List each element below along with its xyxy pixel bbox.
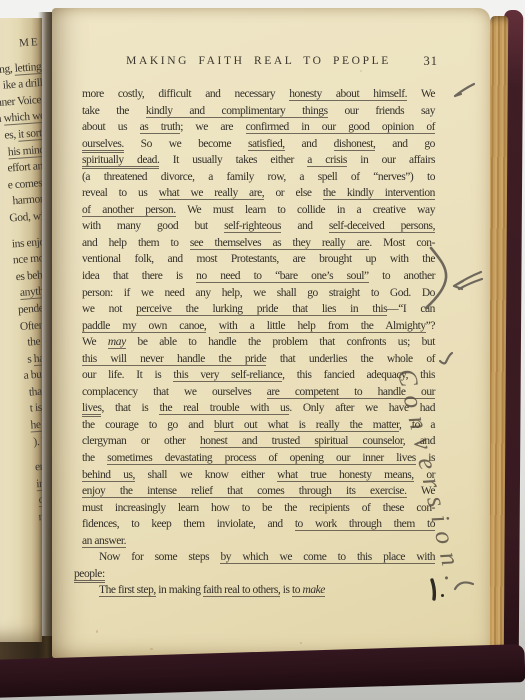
pencil-underlined-text: self-righteous	[224, 220, 281, 233]
pencil-underlined-text: satisfied,	[248, 138, 285, 151]
foxing-speck	[300, 642, 302, 644]
pencil-double-arrow-icon	[450, 266, 484, 296]
text-run: ventional folk, and most Protestants, ar…	[82, 253, 435, 265]
text-line: fidences, to keep them inviolate, and to…	[82, 516, 435, 533]
text-line: and help them to see themselves as they …	[82, 235, 435, 252]
facing-page-header-fragment: ME	[0, 34, 40, 59]
text-line: ventional folk, and most Protestants, ar…	[82, 251, 435, 268]
foxing-speck	[96, 630, 98, 633]
text-run: (a threatened divorce, a family row, a s…	[82, 171, 435, 183]
pencil-underlined-text: behind us,	[82, 469, 135, 482]
text-run: complacency that we ourselves	[82, 386, 267, 398]
text-run: more costly, difficult and necessary	[82, 88, 289, 100]
text-run: shall we know either	[135, 469, 277, 481]
pencil-underlined-text: faith real to others,	[203, 584, 280, 597]
text-run: We	[407, 88, 435, 100]
pencil-underlined-text: which we	[3, 110, 42, 126]
pencil-underlined-text: with a little help from the Almighty	[219, 320, 426, 333]
pencil-insert-stroke-icon	[426, 578, 440, 602]
pencil-tick-icon	[452, 577, 476, 595]
text-run: is	[280, 584, 292, 596]
page-number: 31	[424, 54, 439, 69]
pencil-underlined-text: paddle my own canoe,	[82, 320, 206, 333]
text-run: We must learn to collide in a creative w…	[176, 204, 435, 216]
text-run: and	[285, 138, 334, 150]
text-line: reveal to us what we really are, or else…	[82, 185, 435, 202]
pencil-underlined-text: enjoy the intense relief that comes thro…	[82, 485, 407, 498]
text-run: ong,	[0, 62, 15, 75]
text-run: clergyman or other	[82, 435, 200, 447]
pencil-underlined-text: confirmed in our good opinion of	[246, 121, 435, 134]
text-run: idea that there is	[82, 270, 196, 282]
text-run: So we become	[124, 138, 248, 150]
pencil-underlined-text: as truth	[140, 121, 181, 134]
text-run: we not	[82, 303, 136, 315]
text-run: ”?	[426, 320, 435, 332]
text-line: ourselves. So we become satisfied, and d…	[82, 136, 435, 153]
text-run: reveal to us	[82, 187, 159, 199]
pencil-underlined-text: an answer.	[82, 535, 126, 548]
pencil-underlined-text: no need to “bare one’s soul”	[196, 270, 369, 283]
text-line: our life. It is this very self-reliance,…	[82, 367, 435, 384]
main-page: MAKING FAITH REAL TO PEOPLE 31 more cost…	[52, 8, 490, 658]
text-run: , that is	[101, 402, 159, 414]
pencil-underlined-text: this will never handle the pride	[82, 353, 266, 366]
running-head: MAKING FAITH REAL TO PEOPLE	[82, 55, 435, 67]
pencil-underlined-text: people:	[74, 568, 105, 583]
facing-page-fragment: ME ong, lettingike a drillnner Voice,a w…	[0, 18, 42, 642]
text-line: complacency that we ourselves are compet…	[82, 384, 435, 401]
text-line: about us as truth; we are confirmed in o…	[82, 119, 435, 136]
text-line: we not perceive the lurking pride that l…	[82, 301, 435, 318]
text-run: the courage to go and	[82, 419, 214, 431]
pencil-underlined-text: blurt out what is really the matter	[214, 419, 399, 432]
facing-page-text-fragment: ). When	[0, 432, 42, 457]
text-line: behind us, shall we know either what tru…	[82, 467, 435, 484]
text-run: We	[82, 336, 108, 348]
pencil-underlined-text: ourselves.	[82, 138, 124, 153]
pencil-underlined-text: to work through them to	[295, 518, 435, 531]
pencil-underlined-text: the kindly intervention	[323, 187, 435, 200]
pencil-underlined-text: what we really are,	[159, 187, 265, 200]
text-run: about us	[82, 121, 140, 133]
pencil-underlined-text: perceive the lurking pride that lies in …	[136, 303, 387, 316]
text-run: that underlies the whole of	[266, 353, 435, 365]
text-run: must increasingly learn how to be the re…	[82, 502, 435, 514]
text-run: es,	[4, 129, 19, 142]
text-run: in our affairs	[347, 154, 435, 166]
text-line: idea that there is no need to “bare one’…	[82, 268, 435, 285]
text-run: the	[82, 452, 107, 464]
pencil-underlined-text: this very self-reliance	[173, 369, 282, 382]
text-run: ike a drill	[2, 77, 42, 92]
foxing-speck	[360, 70, 362, 72]
text-line: with many good but self-righteous and se…	[82, 218, 435, 235]
text-line: lives, that is the real trouble with us.…	[82, 400, 435, 417]
text-run: our life. It is	[82, 369, 173, 381]
facing-page-text-fragment: God, with	[0, 208, 42, 233]
text-run: or else	[264, 187, 323, 199]
pencil-underlined-text: what true honesty means,	[277, 469, 414, 482]
pencil-underlined-text: may	[108, 336, 126, 349]
pencil-underlined-text: honesty about himself.	[289, 88, 407, 101]
pencil-underlined-text: honest and trusted spiritual counselor	[200, 435, 403, 448]
text-line: We may be able to handle the problem tha…	[82, 334, 435, 351]
text-run: fidences, to keep them inviolate, and	[82, 518, 295, 530]
text-line: an answer.	[82, 533, 435, 550]
text-line: spiritually dead. It usually takes eithe…	[82, 152, 435, 169]
text-run: effort and	[7, 160, 42, 175]
pencil-underlined-text: make	[302, 584, 324, 597]
pencil-underlined-text: sometimes devastating process of opening…	[107, 452, 416, 465]
text-line: (a threatened divorce, a family row, a s…	[82, 169, 435, 186]
pencil-underlined-text: the real trouble with us	[159, 402, 289, 415]
text-line: the sometimes devastating process of ope…	[82, 450, 435, 467]
text-run: with many good but	[82, 220, 224, 232]
pencil-underlined-text: dishonest,	[334, 138, 376, 151]
text-line: this will never handle the pride that un…	[82, 351, 435, 368]
text-line: paddle my own canoe, with a little help …	[82, 318, 435, 335]
pencil-underlined-text: a crisis	[307, 154, 347, 167]
text-line: person: if we need any help, we shall go…	[82, 285, 435, 302]
text-line: clergyman or other honest and trusted sp…	[82, 433, 435, 450]
text-run: be able to handle the problem that confr…	[126, 336, 435, 348]
text-run: It usually takes either	[159, 154, 307, 166]
ink-period-dot	[441, 594, 444, 597]
text-run: in making	[156, 584, 203, 596]
text-run: Now for some steps	[99, 551, 220, 563]
text-line: must increasingly learn how to be the re…	[82, 500, 435, 517]
text-line: the courage to go and blurt out what is …	[82, 417, 435, 434]
pencil-underlined-text: kindly and complimentary things	[146, 105, 328, 118]
pencil-underlined-text: to	[292, 584, 302, 597]
text-run	[206, 320, 218, 332]
foxing-speck	[430, 120, 432, 122]
foxing-speck	[150, 648, 153, 650]
text-run: e comes a	[7, 176, 42, 191]
pencil-check-arrow-icon	[450, 80, 478, 102]
pencil-underlined-text: of another person.	[82, 204, 176, 217]
pencil-underlined-text: The first step,	[99, 584, 156, 597]
text-line: more costly, difficult and necessary hon…	[82, 86, 435, 103]
text-line: Now for some steps by which we come to t…	[82, 549, 435, 566]
book-photo: ME ong, lettingike a drillnner Voice,a w…	[0, 0, 525, 700]
text-run: and help them to	[82, 237, 190, 249]
pencil-underlined-text: see themselves as they really are	[190, 237, 370, 250]
text-run: ; we are	[180, 121, 245, 133]
pencil-underlined-text: by which we come to this place with	[220, 551, 435, 564]
pencil-underlined-text: spiritually dead.	[82, 154, 159, 169]
text-run: person: if we need any help, we shall go…	[82, 287, 435, 299]
text-run: take the	[82, 105, 146, 117]
text-run: our friends say	[328, 105, 435, 117]
body-text: more costly, difficult and necessary hon…	[82, 86, 435, 599]
text-line: take the kindly and complimentary things…	[82, 103, 435, 120]
pencil-checkmark-icon	[437, 350, 455, 370]
text-line: of another person. We must learn to coll…	[82, 202, 435, 219]
text-line: people:	[74, 566, 435, 583]
pencil-underlined-text: lives	[82, 402, 101, 417]
pencil-underlined-text: self-deceived persons,	[329, 220, 435, 233]
text-line: The first step, in making faith real to …	[82, 582, 435, 599]
facing-page-text: ME ong, lettingike a drillnner Voice,a w…	[0, 34, 42, 598]
pencil-underlined-text: his mind,	[8, 143, 42, 159]
text-run: and go	[375, 138, 435, 150]
text-run: nner Voice,	[0, 94, 42, 109]
text-line: enjoy the intense relief that comes thro…	[82, 483, 435, 500]
text-run: and	[281, 220, 329, 232]
